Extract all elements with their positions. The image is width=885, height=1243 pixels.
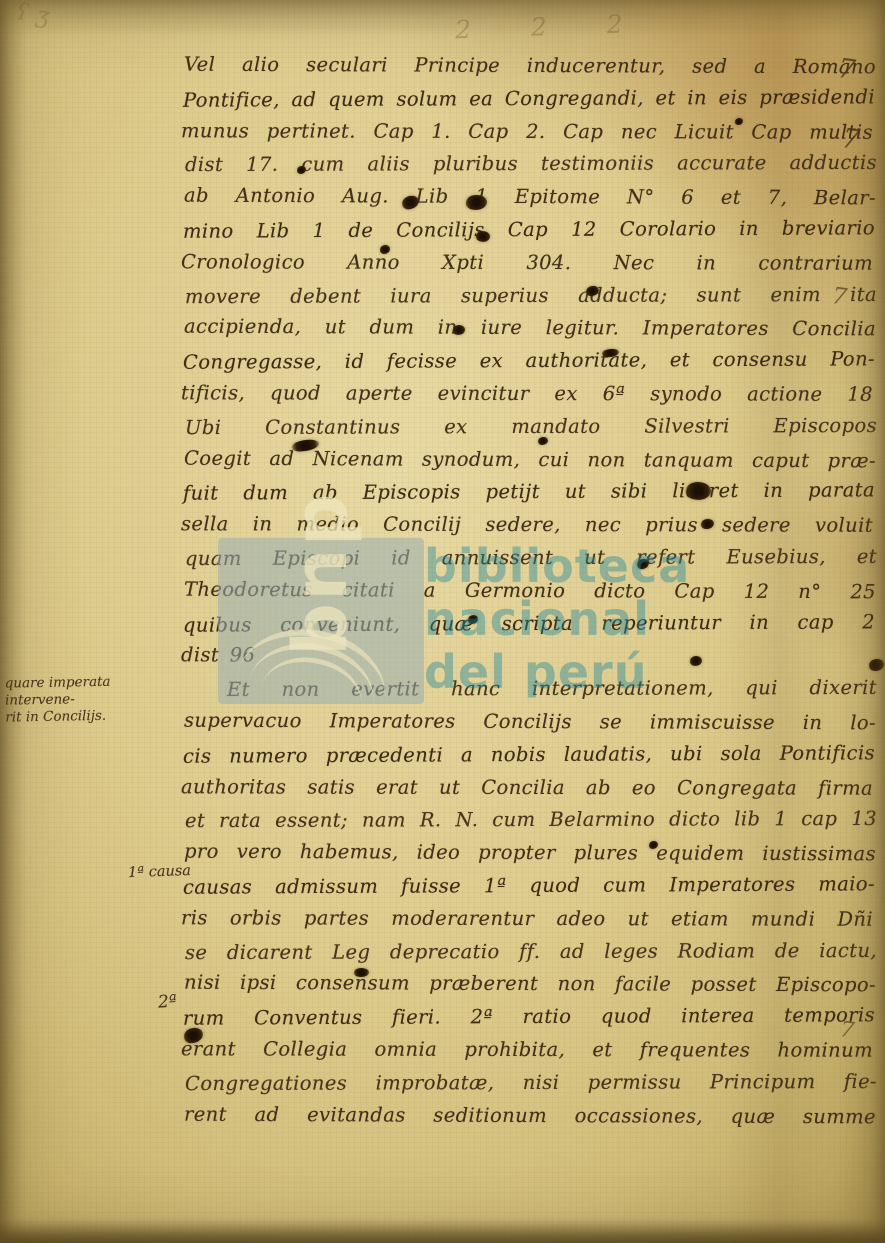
margin-note-line: quare imperata intervene- xyxy=(5,672,184,709)
margin-note-line: rit in Concilijs. xyxy=(5,706,183,726)
manuscript-line: pro vero habemus, ideo propter plures eq… xyxy=(184,836,876,871)
manuscript-line: Theodoretus citati a Germonio dicto Cap … xyxy=(184,573,876,608)
manuscript-line: dist 17. cum aliis pluribus testimoniis … xyxy=(185,147,877,182)
manuscript-line: quibus conveniunt, quæ scripta reperiunt… xyxy=(183,606,875,642)
manuscript-line: Vel alio seculari Principe inducerentur,… xyxy=(184,49,876,84)
manuscript-line: movere debent iura superius adducta; sun… xyxy=(185,278,877,313)
manuscript-line: ris orbis partes moderarentur adeo ut et… xyxy=(181,902,873,936)
manuscript-line: fuit dum ab Episcopis petijt ut sibi lic… xyxy=(183,475,875,511)
manuscript-line: Coegit ad Nicenam synodum, cui non tanqu… xyxy=(184,442,876,477)
manuscript-line: dist 96 xyxy=(181,640,873,674)
manuscript-line: supervacuo Imperatores Concilijs se immi… xyxy=(184,705,876,740)
margin-note: quare imperata intervene- rit in Concili… xyxy=(5,672,184,726)
manuscript-line: Et non evertit hanc interpretationem, qu… xyxy=(185,672,877,707)
manuscript-line: Congregationes improbatæ, nisi permissu … xyxy=(185,1066,877,1101)
manuscript-line: et rata essent; nam R. N. cum Belarmino … xyxy=(185,803,877,838)
manuscript-line: causas admissum fuisse 1ª quod cum Imper… xyxy=(183,868,875,904)
corner-bleed-marks: ʕʒ xyxy=(14,0,59,31)
manuscript-line: nisi ipsi consensum præberent non facile… xyxy=(184,967,876,1002)
margin-note: 1ª causa xyxy=(128,863,191,882)
line-filler-flourish: 7 xyxy=(830,283,848,311)
manuscript-line: se dicarent Leg deprecatio ff. ad leges … xyxy=(185,934,877,969)
manuscript-text-block: Vel alio seculari Principe inducerentur,… xyxy=(183,50,875,1132)
manuscript-line: sella in medio Concilij sedere, nec priu… xyxy=(181,508,873,542)
manuscript-line: Pontifice, ad quem solum ea Congregandi,… xyxy=(183,81,875,117)
manuscript-line: erant Collegia omnia prohibita, et frequ… xyxy=(181,1033,873,1067)
manuscript-line: rent ad evitandas seditionum occassiones… xyxy=(184,1098,876,1133)
bleedthrough-marks: 2 2 2 xyxy=(455,9,650,45)
manuscript-line: cis numero præcedenti a nobis laudatis, … xyxy=(183,737,875,773)
manuscript-line: quam Episcopi id annuissent ut refert Eu… xyxy=(185,541,877,576)
ink-blot xyxy=(869,659,884,671)
manuscript-line: mino Lib 1 de Concilijs Cap 12 Corolario… xyxy=(183,212,875,248)
manuscript-line: Ubi Constantinus ex mandato Silvestri Ep… xyxy=(185,410,877,445)
manuscript-line: Cronologico Anno Xpti 304. Nec in contra… xyxy=(181,246,873,280)
manuscript-line: tificis, quod aperte evincitur ex 6ª syn… xyxy=(181,377,873,411)
manuscript-line: ab Antonio Aug. Lib 1 Epitome N° 6 et 7,… xyxy=(184,180,876,215)
manuscript-scan: 2 2 2 ʕʒ Vel alio seculari Principe indu… xyxy=(0,0,885,1243)
manuscript-line: authoritas satis erat ut Concilia ab eo … xyxy=(181,771,873,805)
manuscript-line: Congregasse, id fecisse ex authoritate, … xyxy=(183,343,875,379)
manuscript-line: accipienda, ut dum in iure legitur. Impe… xyxy=(184,311,876,346)
manuscript-line: rum Conventus fieri. 2ª ratio quod inter… xyxy=(183,999,875,1035)
manuscript-line: munus pertinet. Cap 1. Cap 2. Cap nec Li… xyxy=(181,115,873,149)
margin-note: 2ª xyxy=(157,993,177,1011)
